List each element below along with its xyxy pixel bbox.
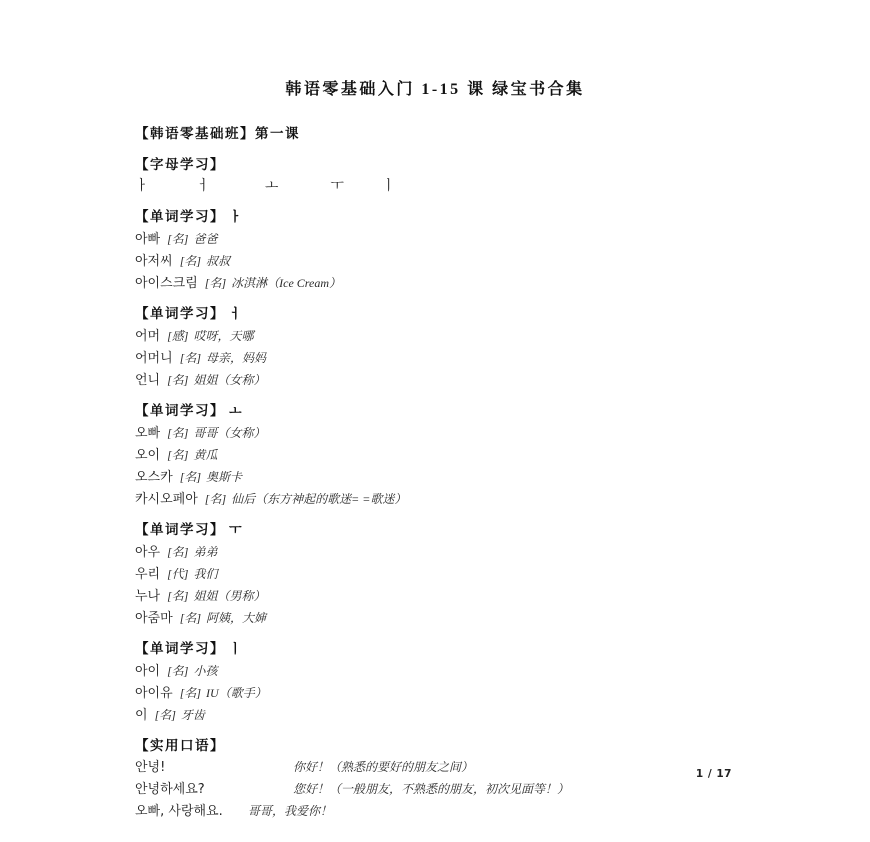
vocab-entry: 아빠[名]爸爸 [135, 232, 735, 247]
chinese-meaning: 母亲，妈妈 [206, 351, 266, 365]
korean-word: 아이스크림 [135, 276, 198, 291]
chinese-meaning: IU（歌手） [206, 686, 267, 700]
vocab-section-header: 【单词学习】ㅜ [135, 522, 735, 538]
pos-tag: [名] [167, 232, 188, 246]
korean-word: 누나 [135, 589, 160, 604]
korean-word: 아이 [135, 664, 160, 679]
chinese-meaning: 弟弟 [193, 545, 217, 559]
chinese-meaning: 奥斯卡 [206, 470, 242, 484]
pos-tag: [名] [180, 611, 201, 625]
vocab-entry: 어머[感]哎呀，天哪 [135, 329, 735, 344]
alphabet-letters-row: ㅏ ㅓ ㅗ ㅜ ㅣ [135, 179, 735, 194]
vocab-entry: 아줌마[名]阿姨，大婶 [135, 611, 735, 626]
chinese-translation: 你好！（熟悉的要好的朋友之间） [293, 760, 473, 774]
chinese-translation: 哥哥，我爱你！ [248, 804, 332, 818]
pos-tag: [名] [155, 708, 176, 722]
hangul-letter: ㅜ [330, 179, 377, 194]
hangul-letter: ㅣ [229, 642, 243, 657]
vocab-section-header-text: 【单词学习】 [135, 522, 225, 537]
vocab-section-header: 【单词学习】ㅏ [135, 209, 735, 225]
vocab-section-a: 【单词学习】ㅏ 아빠[名]爸爸 아저씨[名]叔叔 아이스크림[名]冰淇淋（Ice… [135, 209, 735, 291]
chinese-meaning: 黄瓜 [193, 448, 217, 462]
phrase-row: 안녕하세요?您好！（一般朋友，不熟悉的朋友，初次见面等！） [135, 782, 735, 797]
pos-tag: [名] [167, 664, 188, 678]
korean-word: 오빠 [135, 426, 160, 441]
pos-tag: [名] [180, 254, 201, 268]
chinese-meaning: 姐姐（女称） [193, 373, 265, 387]
vocab-entry: 이[名]牙齿 [135, 708, 735, 723]
pos-tag: [名] [180, 470, 201, 484]
korean-word: 아우 [135, 545, 160, 560]
korean-word: 어머 [135, 329, 160, 344]
vocab-entry: 오스카[名]奥斯卡 [135, 470, 735, 485]
chinese-translation: 您好！（一般朋友，不熟悉的朋友，初次见面等！） [293, 782, 569, 796]
vocab-entry: 언니[名]姐姐（女称） [135, 373, 735, 388]
vocab-section-header-text: 【单词学习】 [135, 641, 225, 656]
korean-word: 아줌마 [135, 611, 173, 626]
chinese-meaning: 爸爸 [193, 232, 217, 246]
korean-word: 아빠 [135, 232, 160, 247]
pos-tag: [名] [167, 373, 188, 387]
vocab-entry: 우리[代]我们 [135, 567, 735, 582]
vocab-section-u: 【单词学习】ㅜ 아우[名]弟弟 우리[代]我们 누나[名]姐姐（男称） 아줌마[… [135, 522, 735, 626]
korean-word: 아저씨 [135, 254, 173, 269]
pos-tag: [名] [180, 351, 201, 365]
chinese-meaning: 姐姐（男称） [193, 589, 265, 603]
chinese-meaning: 哥哥（女称） [193, 426, 265, 440]
vocab-entry: 어머니[名]母亲，妈妈 [135, 351, 735, 366]
vocab-entry: 아저씨[名]叔叔 [135, 254, 735, 269]
vocab-section-eo: 【单词学习】ㅓ 어머[感]哎呀，天哪 어머니[名]母亲，妈妈 언니[名]姐姐（女… [135, 306, 735, 388]
korean-word: 어머니 [135, 351, 173, 366]
document-title: 韩语零基础入门 1-15 课 绿宝书合集 [135, 76, 735, 99]
pos-tag: [名] [167, 589, 188, 603]
hangul-letter: ㅓ [196, 179, 260, 194]
document-page: 韩语零基础入门 1-15 课 绿宝书合集 【韩语零基础班】第一课 【字母学习】 … [0, 0, 870, 842]
pos-tag: [名] [167, 448, 188, 462]
korean-phrase: 안녕하세요? [135, 782, 293, 797]
hangul-letter: ㅣ [382, 179, 396, 194]
chinese-meaning: 哎呀，天哪 [193, 329, 253, 343]
chinese-meaning: 阿姨，大婶 [206, 611, 266, 625]
vocab-section-o: 【单词学习】ㅗ 오빠[名]哥哥（女称） 오이[名]黄瓜 오스카[名]奥斯卡 카시… [135, 403, 735, 507]
hangul-letter: ㅗ [229, 404, 243, 419]
phrase-row: 오빠, 사랑해요.哥哥，我爱你！ [135, 804, 735, 819]
pos-tag: [名] [180, 686, 201, 700]
phrase-row: 안녕!你好！（熟悉的要好的朋友之间） [135, 760, 735, 775]
chinese-meaning: 仙后（东方神起的歌迷= =歌迷） [231, 492, 406, 506]
chinese-meaning: 牙齿 [181, 708, 205, 722]
korean-word: 우리 [135, 567, 160, 582]
korean-word: 오이 [135, 448, 160, 463]
vocab-entry: 카시오페아[名]仙后（东方神起的歌迷= =歌迷） [135, 492, 735, 507]
pos-tag: [名] [205, 276, 226, 290]
vocab-section-header-text: 【单词学习】 [135, 209, 225, 224]
vocab-entry: 아이스크림[名]冰淇淋（Ice Cream） [135, 276, 735, 291]
chinese-meaning: 冰淇淋（Ice Cream） [231, 276, 341, 290]
vocab-section-i: 【单词学习】ㅣ 아이[名]小孩 아이유[名]IU（歌手） 이[名]牙齿 [135, 641, 735, 723]
hangul-letter: ㅏ [135, 179, 192, 194]
vocab-entry: 아우[名]弟弟 [135, 545, 735, 560]
pos-tag: [名] [205, 492, 226, 506]
hangul-letter: ㅜ [229, 523, 243, 538]
vocab-entry: 오빠[名]哥哥（女称） [135, 426, 735, 441]
speaking-section: 【实用口语】 안녕!你好！（熟悉的要好的朋友之间） 안녕하세요?您好！（一般朋友… [135, 738, 735, 819]
pos-tag: [名] [167, 426, 188, 440]
speaking-section-header: 【实用口语】 [135, 738, 735, 753]
vocab-section-header: 【单词学习】ㅓ [135, 306, 735, 322]
alphabet-section: 【字母学习】 ㅏ ㅓ ㅗ ㅜ ㅣ [135, 157, 735, 194]
pos-tag: [代] [167, 567, 188, 581]
chinese-meaning: 叔叔 [206, 254, 230, 268]
pos-tag: [感] [167, 329, 188, 343]
vocab-section-header: 【单词学习】ㅣ [135, 641, 735, 657]
korean-phrase: 안녕! [135, 760, 293, 775]
chinese-meaning: 小孩 [193, 664, 217, 678]
vocab-entry: 아이[名]小孩 [135, 664, 735, 679]
korean-word: 아이유 [135, 686, 173, 701]
vocab-section-header-text: 【单词学习】 [135, 306, 225, 321]
vocab-section-header: 【单词学习】ㅗ [135, 403, 735, 419]
korean-word: 오스카 [135, 470, 173, 485]
alphabet-section-header: 【字母学习】 [135, 157, 735, 172]
hangul-letter: ㅓ [229, 307, 243, 322]
vocab-entry: 오이[名]黄瓜 [135, 448, 735, 463]
vocab-section-header-text: 【单词学习】 [135, 403, 225, 418]
korean-word: 언니 [135, 373, 160, 388]
korean-phrase: 오빠, 사랑해요. [135, 804, 248, 819]
chinese-meaning: 我们 [193, 567, 217, 581]
vocab-entry: 아이유[名]IU（歌手） [135, 686, 735, 701]
lesson-heading: 【韩语零基础班】第一课 [135, 122, 735, 142]
hangul-letter: ㅏ [229, 210, 243, 225]
korean-word: 이 [135, 708, 148, 723]
hangul-letter: ㅗ [265, 179, 326, 194]
page-number: 1 / 17 [696, 768, 732, 780]
vocab-entry: 누나[名]姐姐（男称） [135, 589, 735, 604]
pos-tag: [名] [167, 545, 188, 559]
korean-word: 카시오페아 [135, 492, 198, 507]
